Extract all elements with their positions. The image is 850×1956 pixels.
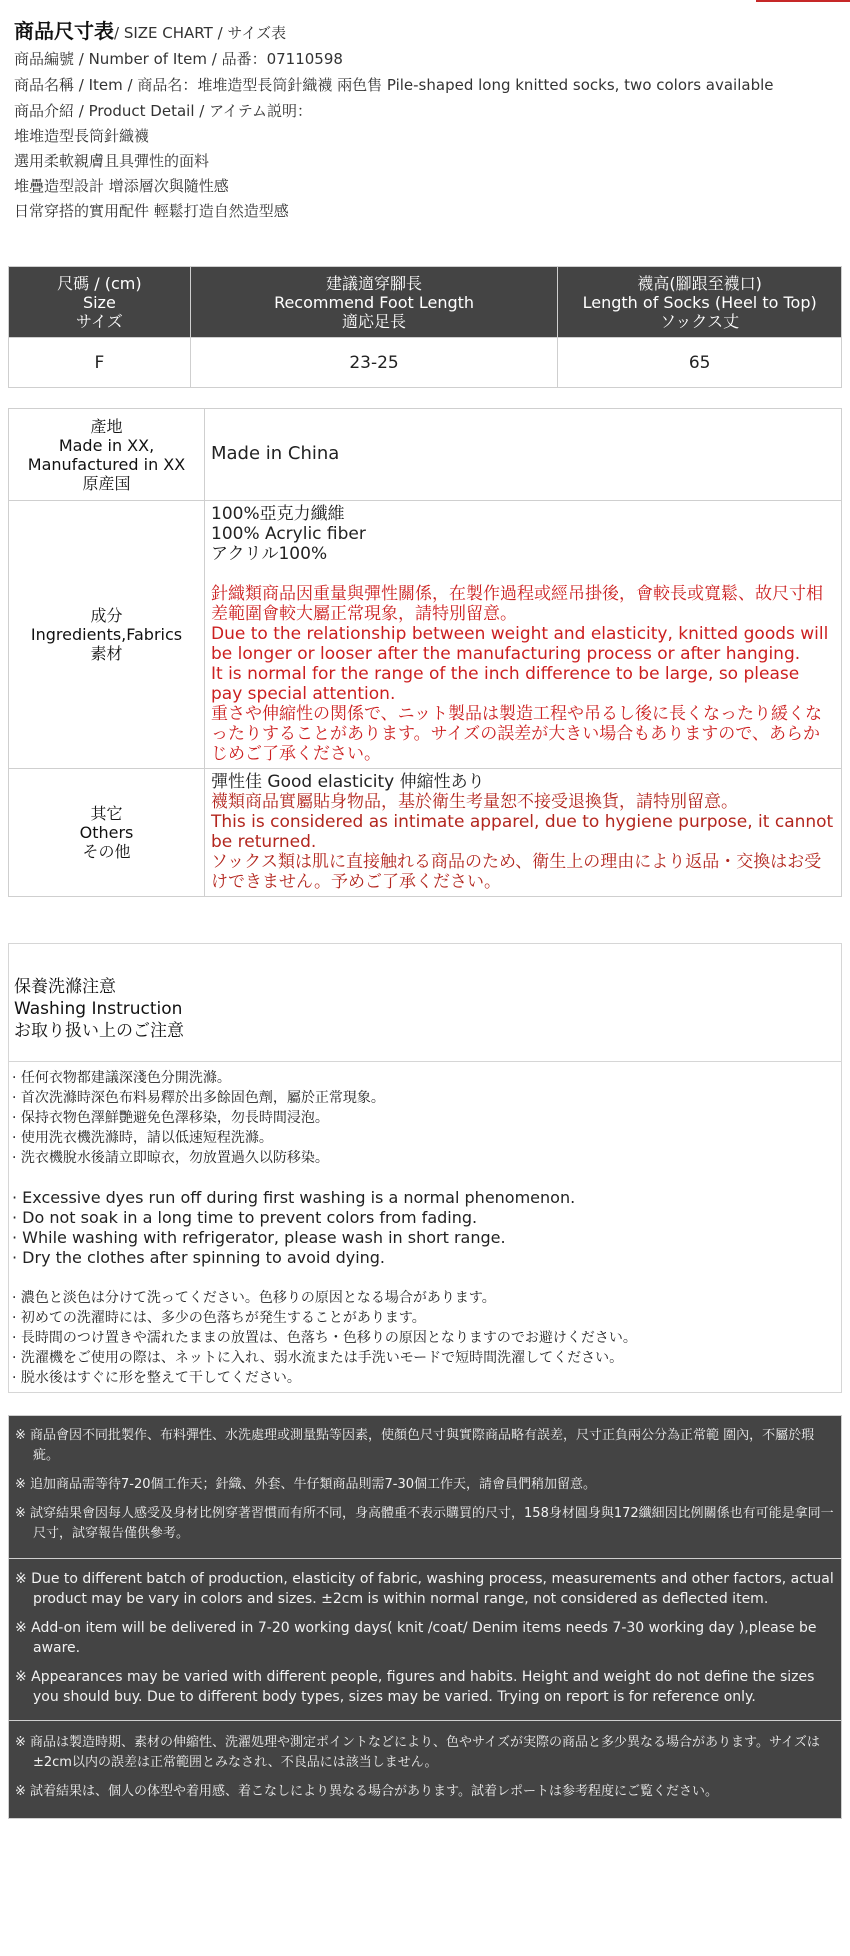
header-sock-length-en: Length of Socks (Heel to Top) xyxy=(562,293,837,312)
others-label-jp: その他 xyxy=(11,842,202,861)
fabric-zh: 100%亞克力纖維 xyxy=(211,504,835,524)
origin-label: 產地 Made in XX, Manufactured in XX 原産国 xyxy=(9,409,205,501)
return-notice-zh: 襪類商品實屬貼身物品，基於衛生考量恕不接受退換貨，請特別留意。 xyxy=(211,792,835,812)
table-row: F 23-25 65 xyxy=(9,338,842,388)
header-size: 尺碼 / (cm) Size サイズ xyxy=(9,267,191,338)
product-intro: 商品尺寸表/ SIZE CHART / サイズ表 商品編號 / Number o… xyxy=(14,18,844,223)
detail-line: 堆堆造型長筒針織襪 xyxy=(14,124,844,148)
washing-zh-list: · 任何衣物都建議深淺色分開洗滌。 · 首次洗滌時深色布料易釋於出多餘固色劑，屬… xyxy=(12,1068,838,1168)
others-label-en: Others xyxy=(11,823,202,842)
cell-size: F xyxy=(9,338,191,388)
detail-line: 日常穿搭的實用配件 輕鬆打造自然造型感 xyxy=(14,199,844,223)
list-item: · 初めての洗濯時には、多少の色落ちが発生することがあります。 xyxy=(12,1308,838,1328)
list-item: · 任何衣物都建議深淺色分開洗滌。 xyxy=(12,1068,838,1088)
header-sock-length-zh: 襪高(腳跟至襪口) xyxy=(562,274,837,293)
size-table: 尺碼 / (cm) Size サイズ 建議適穿腳長 Recommend Foot… xyxy=(8,266,842,388)
washing-en-list: · Excessive dyes run off during first wa… xyxy=(12,1188,838,1268)
fabric-jp: アクリル100% xyxy=(211,544,835,564)
origin-label-zh: 產地 xyxy=(11,417,202,436)
origin-label-jp: 原産国 xyxy=(11,474,202,493)
header-foot-length-en: Recommend Foot Length xyxy=(195,293,554,312)
detail-line: 堆疊造型設計 增添層次與隨性感 xyxy=(14,174,844,198)
ingredients-label-zh: 成分 xyxy=(11,606,202,625)
detail-heading: 商品介紹 / Product Detail / アイテム説明： xyxy=(14,99,844,123)
note-item: ※ 試穿結果會因每人感受及身材比例穿著習慣而有所不同，身高體重不表示購買的尺寸，… xyxy=(15,1504,835,1544)
others-label-zh: 其它 xyxy=(11,804,202,823)
knit-notice-zh: 針織類商品因重量與彈性關係，在製作過程或經吊掛後，會較長或寬鬆、故尺寸相差範圍會… xyxy=(211,584,835,624)
washing-title-zh: 保養洗滌注意 xyxy=(14,976,836,998)
origin-label-en2: Manufactured in XX xyxy=(11,455,202,474)
title-main: 商品尺寸表 xyxy=(14,19,114,43)
return-notice-en: This is considered as intimate apparel, … xyxy=(211,812,835,852)
others-value: 彈性佳 Good elasticity 伸縮性あり 襪類商品實屬貼身物品，基於衛… xyxy=(205,769,842,897)
notes-en: ※ Due to different batch of production, … xyxy=(9,1559,841,1721)
list-item: · 洗濯機をご使用の際は、ネットに入れ、弱水流または手洗いモードで短時間洗濯して… xyxy=(12,1348,838,1368)
washing-jp-list: · 濃色と淡色は分けて洗ってください。色移りの原因となる場合があります。 · 初… xyxy=(12,1288,838,1388)
header-foot-length-zh: 建議適穿腳長 xyxy=(195,274,554,293)
row-others: 其它 Others その他 彈性佳 Good elasticity 伸縮性あり … xyxy=(9,769,842,897)
size-table-header: 尺碼 / (cm) Size サイズ 建議適穿腳長 Recommend Foot… xyxy=(9,267,842,338)
cell-foot-length: 23-25 xyxy=(190,338,558,388)
top-accent-bar xyxy=(756,0,850,2)
note-item: ※ 試着結果は、個人の体型や着用感、着こなしにより異なる場合があります。試着レポ… xyxy=(15,1782,835,1802)
origin-value: Made in China xyxy=(205,409,842,501)
list-item: · 洗衣機脫水後請立即晾衣，勿放置過久以防移染。 xyxy=(12,1148,838,1168)
header-sock-length: 襪高(腳跟至襪口) Length of Socks (Heel to Top) … xyxy=(558,267,842,338)
detail-line: 選用柔軟親膚且具彈性的面料 xyxy=(14,149,844,173)
washing-body: · 任何衣物都建議深淺色分開洗滌。 · 首次洗滌時深色布料易釋於出多餘固色劑，屬… xyxy=(9,1062,841,1392)
list-item: · While washing with refrigerator, pleas… xyxy=(12,1228,838,1248)
list-item: · 保持衣物色澤鮮艷避免色澤移染，勿長時間浸泡。 xyxy=(12,1108,838,1128)
ingredients-label-jp: 素材 xyxy=(11,644,202,663)
item-number: 商品編號 / Number of Item / 品番：07110598 xyxy=(14,47,844,71)
washing-title-jp: お取り扱い上のご注意 xyxy=(14,1020,836,1042)
washing-instructions: 保養洗滌注意 Washing Instruction お取り扱い上のご注意 · … xyxy=(8,943,842,1393)
note-item: ※ Add-on item will be delivered in 7-20 … xyxy=(15,1618,835,1658)
header-foot-length: 建議適穿腳長 Recommend Foot Length 適応足長 xyxy=(190,267,558,338)
ingredients-value: 100%亞克力纖維 100% Acrylic fiber アクリル100% 針織… xyxy=(205,501,842,769)
note-item: ※ 追加商品需等待7-20個工作天；針織、外套、牛仔類商品則需7-30個工作天，… xyxy=(15,1475,835,1495)
others-label: 其它 Others その他 xyxy=(9,769,205,897)
cell-sock-length: 65 xyxy=(558,338,842,388)
note-item: ※ 商品會因不同批製作、布料彈性、水洗處理或測量點等因素，使顏色尺寸與實際商品略… xyxy=(15,1426,835,1466)
disclaimer-notes: ※ 商品會因不同批製作、布料彈性、水洗處理或測量點等因素，使顏色尺寸與實際商品略… xyxy=(8,1415,842,1819)
washing-title-en: Washing Instruction xyxy=(14,998,836,1020)
spacer xyxy=(211,564,835,584)
washing-heading: 保養洗滌注意 Washing Instruction お取り扱い上のご注意 xyxy=(9,944,841,1062)
list-item: · 長時間のつけ置きや濡れたままの放置は、色落ち・色移りの原因となりますのでお避… xyxy=(12,1328,838,1348)
list-item: · Excessive dyes run off during first wa… xyxy=(12,1188,838,1208)
header-sock-length-jp: ソックス丈 xyxy=(562,312,837,331)
header-size-jp: サイズ xyxy=(13,312,186,331)
origin-label-en1: Made in XX, xyxy=(11,436,202,455)
title-suffix: / SIZE CHART / サイズ表 xyxy=(114,24,286,42)
note-item: ※ Due to different batch of production, … xyxy=(15,1569,835,1609)
header-foot-length-jp: 適応足長 xyxy=(195,312,554,331)
size-chart-title: 商品尺寸表/ SIZE CHART / サイズ表 xyxy=(14,18,844,46)
note-item: ※ 商品は製造時期、素材の伸縮性、洗濯処理や測定ポイントなどにより、色やサイズが… xyxy=(15,1733,835,1773)
ingredients-label: 成分 Ingredients,Fabrics 素材 xyxy=(9,501,205,769)
list-item: · 脱水後はすぐに形を整えて干してください。 xyxy=(12,1368,838,1388)
list-item: · Do not soak in a long time to prevent … xyxy=(12,1208,838,1228)
notes-zh: ※ 商品會因不同批製作、布料彈性、水洗處理或測量點等因素，使顏色尺寸與實際商品略… xyxy=(9,1416,841,1559)
note-item: ※ Appearances may be varied with differe… xyxy=(15,1667,835,1707)
ingredients-label-en: Ingredients,Fabrics xyxy=(11,625,202,644)
header-size-en: Size xyxy=(13,293,186,312)
row-origin: 產地 Made in XX, Manufactured in XX 原産国 Ma… xyxy=(9,409,842,501)
list-item: · 首次洗滌時深色布料易釋於出多餘固色劑，屬於正常現象。 xyxy=(12,1088,838,1108)
item-name: 商品名稱 / Item / 商品名：堆堆造型長筒針織襪 兩色售 Pile-sha… xyxy=(14,75,844,95)
list-item: · 使用洗衣機洗滌時，請以低速短程洗滌。 xyxy=(12,1128,838,1148)
notes-jp: ※ 商品は製造時期、素材の伸縮性、洗濯処理や測定ポイントなどにより、色やサイズが… xyxy=(9,1721,841,1818)
product-info-table: 產地 Made in XX, Manufactured in XX 原産国 Ma… xyxy=(8,408,842,897)
knit-notice-en2: It is normal for the range of the inch d… xyxy=(211,664,835,704)
fabric-en: 100% Acrylic fiber xyxy=(211,524,835,544)
return-notice-jp: ソックス類は肌に直接触れる商品のため、衛生上の理由により返品・交換はお受けできま… xyxy=(211,852,835,892)
knit-notice-en1: Due to the relationship between weight a… xyxy=(211,624,835,664)
elasticity-text: 彈性佳 Good elasticity 伸縮性あり xyxy=(211,772,835,792)
list-item: · Dry the clothes after spinning to avoi… xyxy=(12,1248,838,1268)
knit-notice-jp: 重さや伸縮性の関係で、ニット製品は製造工程や吊るし後に長くなったり緩くなったりす… xyxy=(211,704,835,764)
row-ingredients: 成分 Ingredients,Fabrics 素材 100%亞克力纖維 100%… xyxy=(9,501,842,769)
list-item: · 濃色と淡色は分けて洗ってください。色移りの原因となる場合があります。 xyxy=(12,1288,838,1308)
header-size-zh: 尺碼 / (cm) xyxy=(13,274,186,293)
